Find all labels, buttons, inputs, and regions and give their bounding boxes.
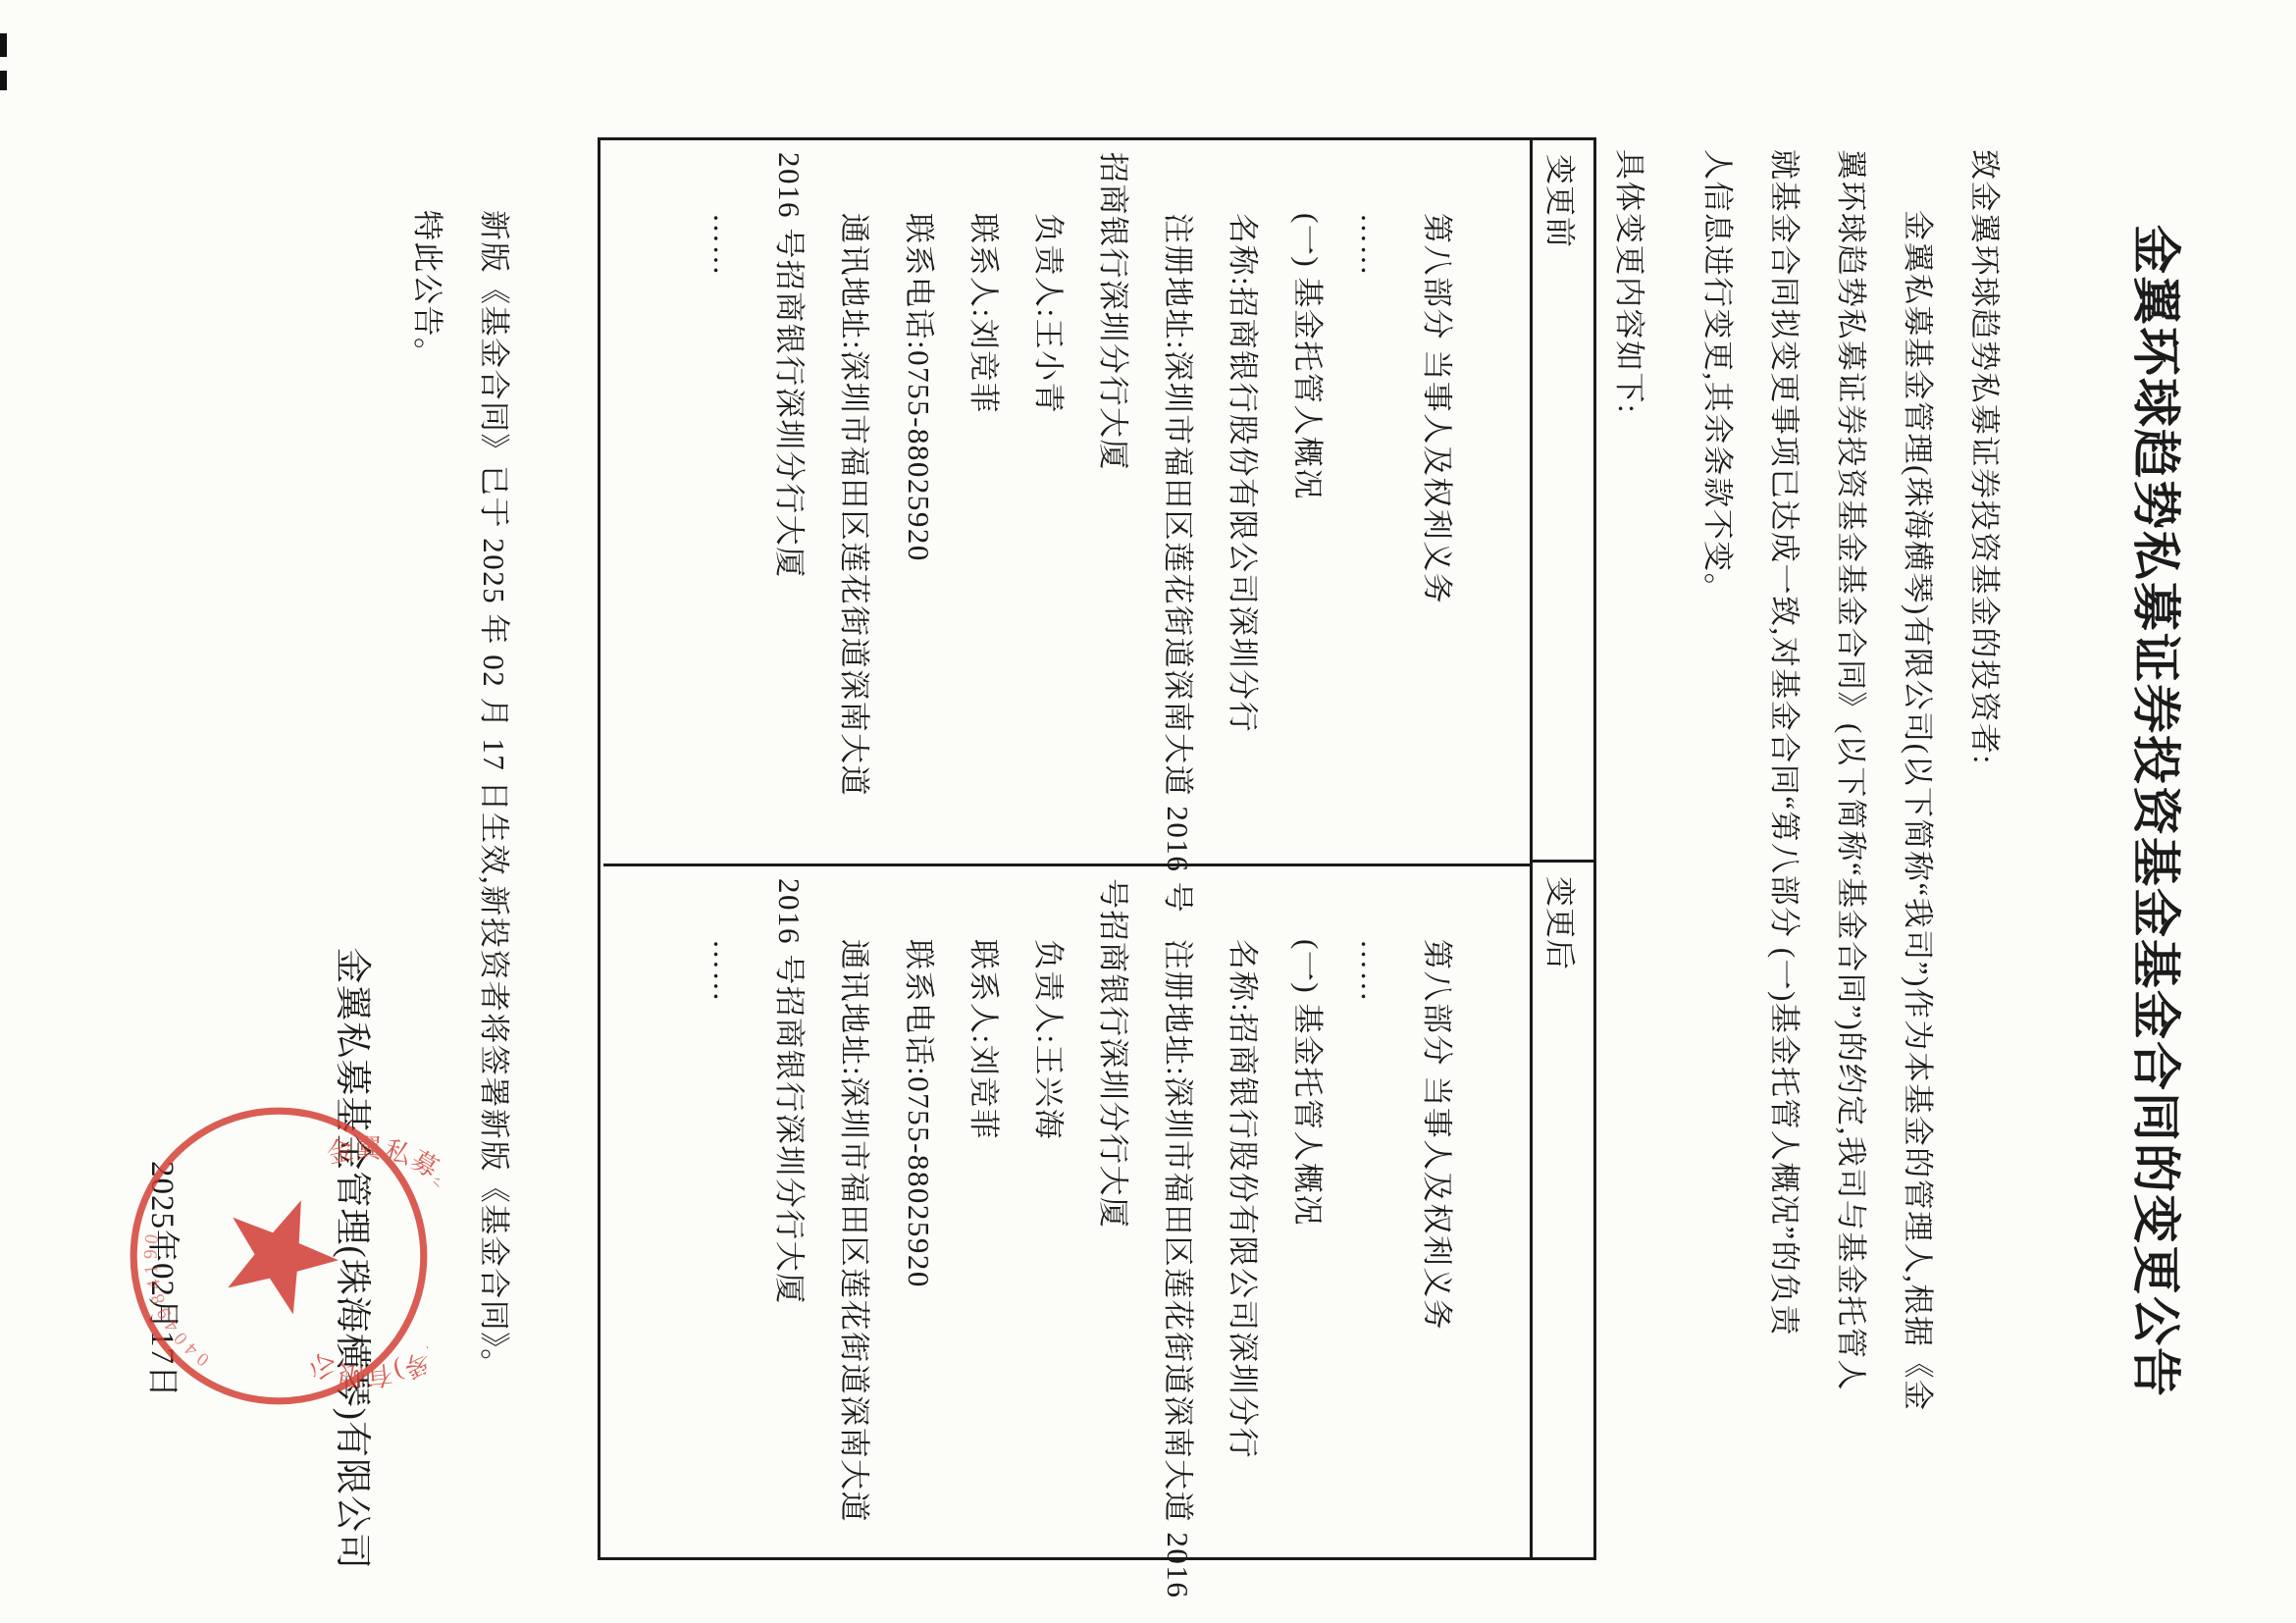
table-line: 第八部分 当事人及权利义务 <box>1404 152 1469 858</box>
table-line: 联系人:刘竞菲 <box>951 152 1016 858</box>
table-line: …… <box>1339 152 1404 858</box>
after-cell: 第八部分 当事人及权利义务 …… (一) 基金托管人概况 名称:招商银行股份有限… <box>603 866 1530 1604</box>
intro-line: 就基金合同拟变更事项已达成一致,对基金合同“第八部分 (一)基金托管人概况”的负… <box>1750 149 1817 1507</box>
table-line: 联系电话:0755-88025920 <box>886 878 951 1598</box>
table-line: …… <box>692 878 757 1598</box>
table-line: …… <box>1339 878 1404 1598</box>
change-comparison-table: 变更前 变更后 第八部分 当事人及权利义务 …… (一) 基金托管人概况 名称:… <box>598 137 1596 1560</box>
before-cell: 第八部分 当事人及权利义务 …… (一) 基金托管人概况 名称:招商银行股份有限… <box>603 140 1530 866</box>
salutation-line: 致金翼环球趋势私募证券投资基金的投资者: <box>1951 149 2017 1507</box>
header-cell-after: 变更后 <box>1533 863 1593 1557</box>
table-line: 注册地址:深圳市福田区莲花街道深南大道 2016 号 <box>1145 152 1210 858</box>
intro-line: 翼环球趋势私募证券投资基金基金合同》(以下简称“基金合同”)的约定,我司与基金托… <box>1817 149 1884 1507</box>
table-line: 第八部分 当事人及权利义务 <box>1404 878 1469 1598</box>
table-line: 通讯地址:深圳市福田区莲花街道深南大道 <box>821 878 886 1598</box>
intro-paragraphs: 致金翼环球趋势私募证券投资基金的投资者: 金翼私募基金管理(珠海横琴)有限公司(… <box>1595 149 2017 1507</box>
scan-artifact <box>0 71 7 90</box>
table-line: 通讯地址:深圳市福田区莲花街道深南大道 <box>821 152 886 858</box>
table-line: (一) 基金托管人概况 <box>1275 152 1339 858</box>
intro-line: 金翼私募基金管理(珠海横琴)有限公司(以下简称“我司”)作为本基金的管理人,根据… <box>1884 149 1951 1507</box>
effective-date-line: 新版《基金合同》已于 2025 年 02 月 17 日生效,新投资者将签署新版《… <box>460 149 527 1507</box>
table-line: 名称:招商银行股份有限公司深圳分行 <box>1210 152 1275 858</box>
table-line: 2016 号招商银行深圳分行大厦 <box>757 152 821 858</box>
header-cell-before: 变更前 <box>1533 140 1593 863</box>
document-sheet: 金翼环球趋势私募证券投资基金基金合同的变更公告 致金翼环球趋势私募证券投资基金的… <box>0 0 2296 1623</box>
table-line: (一) 基金托管人概况 <box>1275 878 1339 1598</box>
table-line: 2016 号招商银行深圳分行大厦 <box>757 878 821 1598</box>
lead-in-line: 具体变更内容如下: <box>1595 149 1662 1507</box>
table-body-row: 第八部分 当事人及权利义务 …… (一) 基金托管人概况 名称:招商银行股份有限… <box>603 140 1530 1557</box>
table-line: 联系电话:0755-88025920 <box>886 152 951 858</box>
seal-star-icon <box>227 1195 342 1317</box>
table-header-row: 变更前 变更后 <box>1530 140 1593 1557</box>
table-line: 注册地址:深圳市福田区莲花街道深南大道 2016 <box>1145 878 1210 1598</box>
document-title: 金翼环球趋势私募证券投资基金基金合同的变更公告 <box>2124 0 2195 1623</box>
table-line: 联系人:刘竞菲 <box>951 878 1016 1598</box>
scanned-page-viewport: 金翼环球趋势私募证券投资基金基金合同的变更公告 致金翼环球趋势私募证券投资基金的… <box>0 0 2296 1623</box>
table-line: 招商银行深圳分行大厦 <box>1080 152 1145 858</box>
company-seal-stamp: 金翼私募基金管理(珠海横琴)有限公司 0404984190 <box>113 1090 444 1421</box>
table-line: 名称:招商银行股份有限公司深圳分行 <box>1210 878 1275 1598</box>
table-line: 号招商银行深圳分行大厦 <box>1080 878 1145 1598</box>
intro-line: 人信息进行变更,其余条款不变。 <box>1684 149 1750 1507</box>
scan-artifact <box>0 33 7 57</box>
table-line: 负责人:王兴海 <box>1016 878 1080 1598</box>
table-line: 负责人:王小青 <box>1016 152 1080 858</box>
seal-serial-arc-text: 0404984190 <box>132 1228 222 1370</box>
table-line: …… <box>692 152 757 858</box>
